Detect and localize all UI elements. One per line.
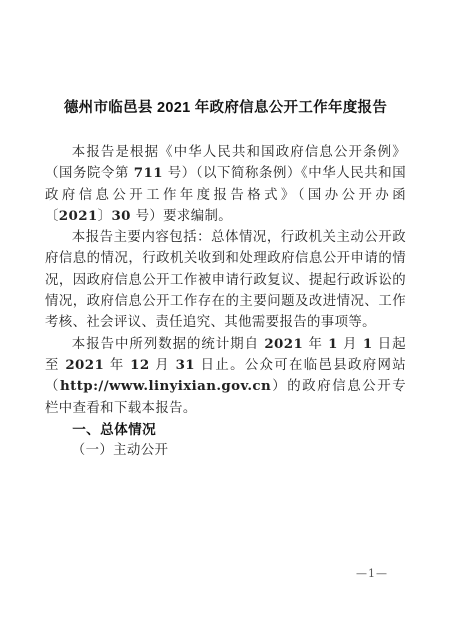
paragraph-statistics-period: 本报告中所列数据的统计期自 2021 年 1 月 1 日起至 2021 年 12… [45,334,406,419]
emphasis-text: 12 [130,357,149,373]
emphasis-text: 711 [134,165,163,181]
emphasis-text: http://www.linyixian.gov.cn [60,378,271,394]
text-segment: 年 [104,358,130,373]
text-segment: 月 [338,337,363,352]
emphasis-text: 30 [111,208,130,224]
emphasis-text: 1 [363,336,373,352]
emphasis-text: 2021 [59,208,98,224]
text-segment: 号）要求编制。 [131,209,232,224]
text-segment: 本报告主要内容包括：总体情况，行政机关主动公开政府信息的情况，行政机关收到和处理… [45,230,406,330]
subsection-heading-proactive-disclosure: （一）主动公开 [45,440,406,461]
paragraph-report-basis: 本报告是根据《中华人民共和国政府信息公开条例》（国务院令第 711 号）（以下简… [45,142,406,227]
paragraph-report-contents: 本报告主要内容包括：总体情况，行政机关主动公开政府信息的情况，行政机关收到和处理… [45,227,406,333]
document-title: 德州市临邑县 2021 年政府信息公开工作年度报告 [45,99,406,117]
text-segment: 〕 [98,209,112,224]
text-segment: 月 [150,358,176,373]
document-page: 德州市临邑县 2021 年政府信息公开工作年度报告 本报告是根据《中华人民共和国… [0,0,452,640]
section-heading-overall-situation: 一、总体情况 [45,419,406,440]
text-segment: 本报告中所列数据的统计期自 [72,337,265,352]
emphasis-text: 2021 [264,336,303,352]
emphasis-text: 31 [176,357,195,373]
emphasis-text: 1 [328,336,338,352]
text-segment: 年 [303,337,328,352]
emphasis-text: 2021 [65,357,104,373]
page-number: —1— [356,567,388,580]
